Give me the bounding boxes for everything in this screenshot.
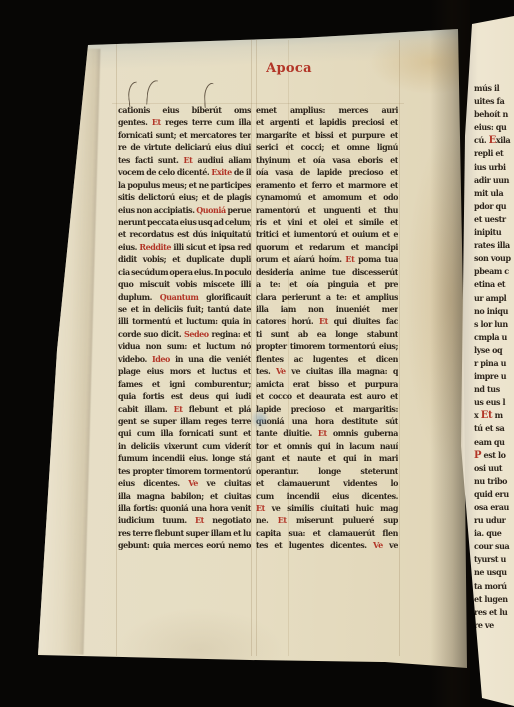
text-line: ia. que	[474, 527, 514, 540]
text-line: cour sua	[474, 540, 514, 553]
ruling-line	[116, 40, 117, 656]
text-line: et lugen	[474, 593, 514, 606]
text-line: inipitu	[474, 226, 514, 239]
text-line: ramentorú et unguenti et thu	[256, 204, 398, 216]
text-line: ne usqu	[474, 566, 514, 579]
text-line: tyurst u	[474, 553, 514, 566]
text-line: plage eius mors et luctus et	[118, 365, 251, 377]
text-line: vocem de celo dicenté. Exite de il	[118, 166, 251, 178]
text-line: re de virtute deliciarú eius diui	[118, 141, 251, 153]
text-line: oía vasa de lapide precioso et	[256, 166, 398, 178]
rubricated-initial: Et	[184, 155, 193, 165]
text-line: osa erau	[474, 501, 514, 514]
text-line: ris et vini et olei et simile et	[256, 216, 398, 228]
text-line: rates illa	[474, 239, 514, 252]
text-line: lyse oq	[474, 344, 514, 357]
text-line: serici et cocci; et omne lignú	[256, 141, 398, 153]
text-line: se et in deliciis fuit; tantú date	[118, 303, 251, 315]
text-line: amicta erat bisso et purpura	[256, 378, 398, 390]
text-line: thyinum et oía vasa eboris et	[256, 154, 398, 166]
text-line: et clamauerunt videntes lo	[256, 477, 398, 489]
text-line: a te: et oía pinguia et pre	[256, 278, 398, 290]
text-line: repli et	[474, 147, 514, 160]
text-line: eramento et ferro et marmore et	[256, 179, 398, 191]
text-line: s lor lun	[474, 318, 514, 331]
rubricated-initial: Quoniá	[196, 205, 225, 215]
text-line: cabit illam. Et flebunt et plá	[118, 403, 251, 415]
rubricated-initial: Et	[256, 503, 265, 513]
blue-ink-smudge	[251, 409, 269, 429]
text-line: x Et m	[474, 409, 514, 422]
text-line: ius urbi	[474, 161, 514, 174]
text-line: res terre flebunt super illam et lu	[118, 527, 251, 539]
rubricated-initial: Et	[195, 515, 204, 525]
ruling-line	[399, 40, 400, 656]
text-line: flentes ac lugentes et dicen	[256, 353, 398, 365]
rubricated-initial: Et	[319, 316, 328, 326]
text-line: tes facti sunt. Et audiui aliam	[118, 154, 251, 166]
text-line: orum et aíarú hoím. Et poma tua	[256, 253, 398, 265]
text-column-right: emet amplius: merces auriet argenti et l…	[256, 104, 398, 552]
rubricated-initial: Reddite	[139, 242, 171, 252]
text-line: impre u	[474, 370, 514, 383]
text-line: illi tormentú et luctum: quia in	[118, 315, 251, 327]
text-line: et argenti et lapidis preciosi et	[256, 116, 398, 128]
text-line: catores horú. Et qui diuites fac	[256, 315, 398, 327]
text-line: et recordatus est dús iniquitatú	[118, 228, 251, 240]
text-line: quoniá una hora destitute sút	[256, 415, 398, 427]
rubricated-initial: Ve	[373, 540, 383, 550]
text-line: tes. Ve ve ciuitas illa magna: q	[256, 365, 398, 377]
text-line: son voup	[474, 252, 514, 265]
text-line: corde suo dicit. Sedeo regina: et	[118, 328, 251, 340]
text-line: illa magna babilon; et ciuitas	[118, 490, 251, 502]
text-line: tes propter timorem tormentorú	[118, 465, 251, 477]
text-line: propter timorem tormentorú eius;	[256, 340, 398, 352]
rubricated-initial: Et	[152, 117, 161, 127]
text-line: quorum et redarum et mancipi	[256, 241, 398, 253]
rubricated-initial: Ideo	[152, 354, 170, 364]
text-line: re ve	[474, 619, 514, 632]
text-line: eius non accipiatis. Quoniá perue	[118, 204, 251, 216]
rubricated-initial: Exite	[211, 167, 231, 177]
rubricated-initial: Et	[345, 254, 354, 264]
rubricated-initial: Ve	[188, 478, 198, 488]
text-column-left: cationis eius biberút omsgentes. Et rege…	[118, 104, 251, 552]
rubricated-initial: Et	[278, 515, 287, 525]
text-line: tor et omnis qui in lacum nauí	[256, 440, 398, 452]
text-line: osi uut	[474, 462, 514, 475]
facing-page-text: mús iluites fabehoít neius: qucú. Exilar…	[474, 82, 514, 632]
text-line: clara perierunt a te: et amplius	[256, 291, 398, 303]
text-line: eius dicentes. Ve ve ciuitas	[118, 477, 251, 489]
text-line: et uestr	[474, 213, 514, 226]
text-line: eam qu	[474, 436, 514, 449]
text-line: mús il	[474, 82, 514, 95]
text-line: cynamomú et amomum et odo	[256, 191, 398, 203]
text-line: uites fa	[474, 95, 514, 108]
text-line: res et lu	[474, 606, 514, 619]
text-line: ne. Et miserunt pulueré sup	[256, 514, 398, 526]
text-line: us eus l	[474, 396, 514, 409]
text-line: la populus meus; et ne participes	[118, 179, 251, 191]
text-line: pdor qu	[474, 200, 514, 213]
text-line: nd tus	[474, 383, 514, 396]
text-line: tritici et iumentorú et ouium et e	[256, 228, 398, 240]
ruling-line	[251, 40, 252, 656]
text-line: in deliciis vixerunt cum viderít	[118, 440, 251, 452]
text-line: gebunt: quia merces eorú nemo	[118, 539, 251, 551]
rubricated-initial: Et	[174, 404, 183, 414]
text-line: illa fortis: quoniá una hora venit	[118, 502, 251, 514]
rubricated-initial: Quantum	[160, 292, 199, 302]
page-curl-edge	[28, 47, 101, 654]
text-line: gentes. Et reges terre cum illa	[118, 116, 251, 128]
text-line: duplum. Quantum glorificauit	[118, 291, 251, 303]
text-line: cia secúdum opera eius. In poculo	[118, 266, 251, 278]
rubricated-initial: E	[489, 135, 496, 146]
rubricated-initial: P	[474, 450, 481, 461]
text-line: margarite et bissi et purpure et	[256, 129, 398, 141]
text-line: fumum incendii eius. longe stá	[118, 452, 251, 464]
text-line: fames et igni comburentur;	[118, 378, 251, 390]
rubricated-initial: Ve	[276, 366, 286, 376]
text-line: quo miscuit vobis miscete illi	[118, 278, 251, 290]
text-line: P est lo	[474, 449, 514, 462]
text-line: tante diuitie. Et omnis guberna	[256, 427, 398, 439]
text-line: illa iam non inueniét mer	[256, 303, 398, 315]
text-line: fornicati sunt; et mercatores ter	[118, 129, 251, 141]
text-line: ti sunt ab ea longe stabunt	[256, 328, 398, 340]
text-line: quia fortis est deus qui iudi	[118, 390, 251, 402]
text-line: nerunt peccata eius usq ad celum;	[118, 216, 251, 228]
text-line: cú. Exila	[474, 134, 514, 147]
text-line: eius. Reddite illi sicut et ipsa red	[118, 241, 251, 253]
text-line: quid eru	[474, 488, 514, 501]
text-line: lapide precioso et margaritis:	[256, 403, 398, 415]
text-line: ur ampl	[474, 292, 514, 305]
text-line: tes et lugentes dicentes. Ve ve	[256, 539, 398, 551]
text-line: pbeam c	[474, 265, 514, 278]
text-line: adir uun	[474, 174, 514, 187]
rubricated-initial: Et	[318, 428, 327, 438]
text-line: sitis delictorú eius; et de plagis	[118, 191, 251, 203]
rubricated-initial: Sedeo	[184, 329, 209, 339]
text-line: tú et sa	[474, 422, 514, 435]
rubricated-initial: Et	[481, 410, 492, 421]
text-line: vidua non sum: et luctum nó	[118, 340, 251, 352]
text-line: et cocco et deaurata est auro et	[256, 390, 398, 402]
text-line: qui cum illa fornicati sunt et	[118, 427, 251, 439]
running-title: Apoca	[266, 61, 312, 76]
text-line: gent se super illam reges terre	[118, 415, 251, 427]
text-line: etina et	[474, 278, 514, 291]
text-line: emet amplius: merces auri	[256, 104, 398, 116]
text-line: ru udur	[474, 514, 514, 527]
text-line: Et ve similis ciuitati huic mag	[256, 502, 398, 514]
text-line: cum incendii eius dicentes.	[256, 490, 398, 502]
text-line: nu tribo	[474, 475, 514, 488]
text-line: cmpla u	[474, 331, 514, 344]
text-line: no iniqu	[474, 305, 514, 318]
text-line: videbo. Ideo in una die veniét	[118, 353, 251, 365]
text-line: r pina u	[474, 357, 514, 370]
text-line: ta morú	[474, 580, 514, 593]
text-line: eius: qu	[474, 121, 514, 134]
text-line: didit vobis; et duplicate dupli	[118, 253, 251, 265]
text-line: mit ula	[474, 187, 514, 200]
text-line: capita sua: et clamauerút flen	[256, 527, 398, 539]
text-line: iudicium tuum. Et negotiato	[118, 514, 251, 526]
ascender-flourish	[146, 80, 158, 106]
text-line: operantur. longe steterunt	[256, 465, 398, 477]
text-line: cationis eius biberút oms	[118, 104, 251, 116]
text-line: gant et naute et qui in mari	[256, 452, 398, 464]
text-line: behoít n	[474, 108, 514, 121]
text-line: desideria anime tue discesserút	[256, 266, 398, 278]
